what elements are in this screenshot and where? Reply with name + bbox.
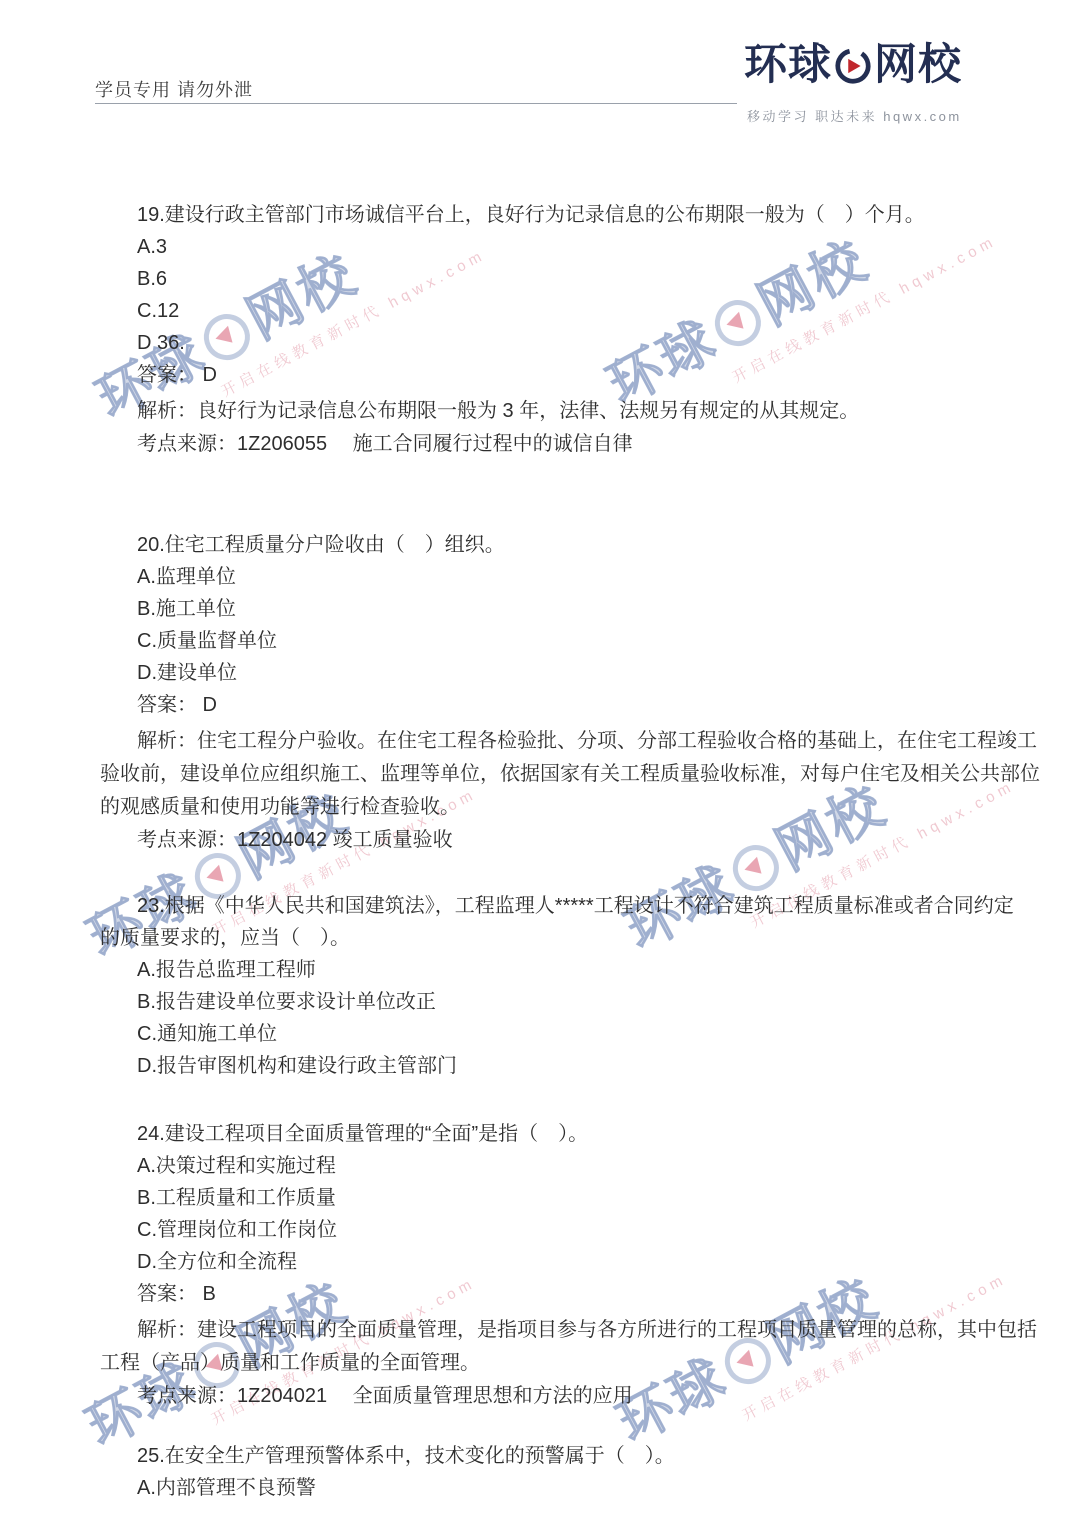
hqwx-logo: 环球 网校 [744,44,962,87]
option-line: B.工程质量和工作质量 [100,1182,1055,1214]
option-line: D.报告审图机构和建设行政主管部门 [100,1050,1055,1082]
logo-text-left: 环球 [744,44,832,87]
option-line: D.全方位和全流程 [100,1246,1055,1278]
option-line: D 36. [100,327,1055,359]
explanation-line: 解析：建设工程项目的全面质量管理，是指项目参与各方所进行的工程项目质量管理的总称… [100,1314,1055,1347]
explanation-line: 验收前，建设单位应组织施工、监理等单位，依据国家有关工程质量验收标准，对每户住宅… [100,758,1055,791]
logo-tagline: 移动学习 职达未来 hqwx.com [747,106,962,125]
question-title-line: 的质量要求的，应当（ ）。 [100,922,1055,954]
answer-line: 答案： B [100,1278,1055,1310]
source-line: 考点来源：1Z204021 全面质量管理思想和方法的应用 [100,1380,1055,1412]
option-line: C.管理岗位和工作岗位 [100,1214,1055,1246]
option-line: B.6 [100,263,1055,295]
question-title-line: 25.在安全生产管理预警体系中，技术变化的预警属于（ ）。 [100,1440,1055,1472]
question-block: 24.建设工程项目全面质量管理的“全面”是指（ ）。A.决策过程和实施过程B.工… [100,1118,1055,1412]
source-line: 考点来源：1Z204042 竣工质量验收 [100,824,1055,856]
option-line: B.施工单位 [100,593,1055,625]
explanation-line: 工程（产品）质量和工作质量的全面管理。 [100,1347,1055,1380]
explanation-line: 解析：良好行为记录信息公布期限一般为 3 年，法律、法规另有规定的从其规定。 [100,395,1055,428]
option-line: A.3 [100,231,1055,263]
explanation-line: 解析：住宅工程分户验收。在住宅工程各检验批、分项、分部工程验收合格的基础上，在住… [100,725,1055,758]
question-title-line: 20.住宅工程质量分户险收由（ ）组织。 [100,529,1055,561]
header-divider [95,103,737,104]
answer-line: 答案： D [100,359,1055,391]
option-line: A.决策过程和实施过程 [100,1150,1055,1182]
question-block: 23.根据《中华人民共和国建筑法》，工程监理人*****工程设计不符合建筑工程质… [100,890,1055,1082]
question-title-line: 19.建设行政主管部门市场诚信平台上，良好行为记录信息的公布期限一般为（ ）个月… [100,199,1055,231]
option-line: C.通知施工单位 [100,1018,1055,1050]
option-line: C.质量监督单位 [100,625,1055,657]
option-line: C.12 [100,295,1055,327]
answer-line: 答案： D [100,689,1055,721]
source-line: 考点来源：1Z206055 施工合同履行过程中的诚信自律 [100,428,1055,460]
question-block: 20.住宅工程质量分户险收由（ ）组织。A.监理单位B.施工单位C.质量监督单位… [100,529,1055,856]
logo-text-right: 网校 [874,44,962,87]
exam-document-page: 环球 网校 开启在线教育新时代 hqwx.com 环球 网校 开启在线教育新时代… [0,0,1080,1527]
logo-play-icon [834,47,872,85]
option-line: A.内部管理不良预警 [100,1472,1055,1504]
question-block: 25.在安全生产管理预警体系中，技术变化的预警属于（ ）。A.内部管理不良预警 [100,1440,1055,1504]
question-block: 19.建设行政主管部门市场诚信平台上，良好行为记录信息的公布期限一般为（ ）个月… [100,199,1055,460]
confidential-note: 学员专用 请勿外泄 [95,76,253,102]
question-title-line: 24.建设工程项目全面质量管理的“全面”是指（ ）。 [100,1118,1055,1150]
explanation-line: 的观感质量和使用功能等进行检查验收。 [100,791,1055,824]
question-title-line: 23.根据《中华人民共和国建筑法》，工程监理人*****工程设计不符合建筑工程质… [100,890,1055,922]
option-line: D.建设单位 [100,657,1055,689]
option-line: B.报告建设单位要求设计单位改正 [100,986,1055,1018]
option-line: A.监理单位 [100,561,1055,593]
option-line: A.报告总监理工程师 [100,954,1055,986]
question-list: 19.建设行政主管部门市场诚信平台上，良好行为记录信息的公布期限一般为（ ）个月… [100,199,1055,1504]
